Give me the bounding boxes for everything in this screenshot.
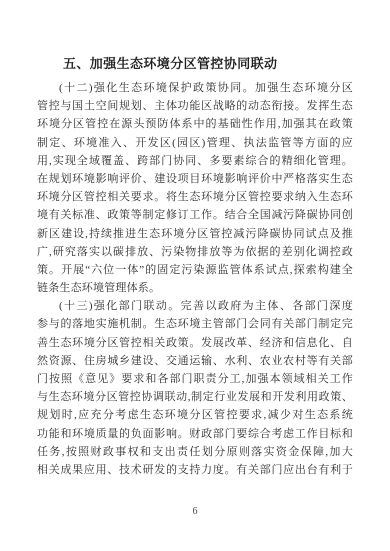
paragraph-line: 功能和环境质量的负面影响。财政部门要综合考虑工作目标和 xyxy=(37,425,353,443)
paragraph-line: 参与的落地实施机制。生态环境主管部门会同有关部门制定完 xyxy=(37,315,353,333)
paragraph-line: (十三)强化部门联动。完善以政府为主体、各部门深度 xyxy=(37,297,353,315)
paragraph-line: 链条生态环境管理体系。 xyxy=(37,279,353,297)
page-number: 6 xyxy=(0,506,390,517)
paragraph-line: 新区建设,持续推进生态环境分区管控减污降碳协同试点及推 xyxy=(37,225,353,243)
paragraph-line: 相关成果应用、技术研发的支持力度。有关部门应出台有利于 xyxy=(37,461,353,479)
paragraph-line: 规划时,应充分考虑生态环境分区管控要求,减少对生态系统 xyxy=(37,406,353,424)
document-content: 五、加强生态环境分区管控协同联动 (十二)强化生态环境保护政策协同。加强生态环境… xyxy=(37,55,353,479)
paragraph-line: 环境分区管控在源头预防体系中的基础性作用,加强其在政策 xyxy=(37,115,353,133)
paragraph-line: 用,实现全域覆盖、跨部门协同、多要素综合的精细化管理。 xyxy=(37,152,353,170)
paragraph-line: 广,研究落实以碳排放、污染物排放等为依据的差别化调控政 xyxy=(37,243,353,261)
paragraph-line: (十二)强化生态环境保护政策协同。加强生态环境分区 xyxy=(37,79,353,97)
paragraph-line: 管控与国土空间规划、主体功能区战略的动态衔接。发挥生态 xyxy=(37,97,353,115)
paragraph-line: 制定、环境准入、开发区(园区)管理、执法监管等方面的应 xyxy=(37,134,353,152)
document-body: (十二)强化生态环境保护政策协同。加强生态环境分区管控与国土空间规划、主体功能区… xyxy=(37,79,353,479)
paragraph-line: 善生态环境分区管控相关政策。发展改革、经济和信息化、自 xyxy=(37,334,353,352)
paragraph-line: 任务,按照财政事权和支出责任划分原则落实资金保障,加大 xyxy=(37,443,353,461)
paragraph-line: 境有关标准、政策等制定修订工作。结合全国减污降碳协同创 xyxy=(37,206,353,224)
paragraph-line: 环境分区管控相关要求。将生态环境分区管控要求纳入生态环 xyxy=(37,188,353,206)
section-heading: 五、加强生态环境分区管控协同联动 xyxy=(37,55,353,72)
paragraph-line: 在规划环境影响评价、建设项目环境影响评价中严格落实生态 xyxy=(37,170,353,188)
paragraph-line: 与生态环境分区管控协调联动,制定行业发展和开发利用政策、 xyxy=(37,388,353,406)
paragraph-line: 然资源、住房城乡建设、交通运输、水利、农业农村等有关部 xyxy=(37,352,353,370)
paragraph-line: 门按照《意见》要求和各部门职责分工,加强本领域相关工作 xyxy=(37,370,353,388)
paragraph-line: 策。开展“六位一体”的固定污染源监管体系试点,探索构建全 xyxy=(37,261,353,279)
document-page: 五、加强生态环境分区管控协同联动 (十二)强化生态环境保护政策协同。加强生态环境… xyxy=(0,0,390,551)
